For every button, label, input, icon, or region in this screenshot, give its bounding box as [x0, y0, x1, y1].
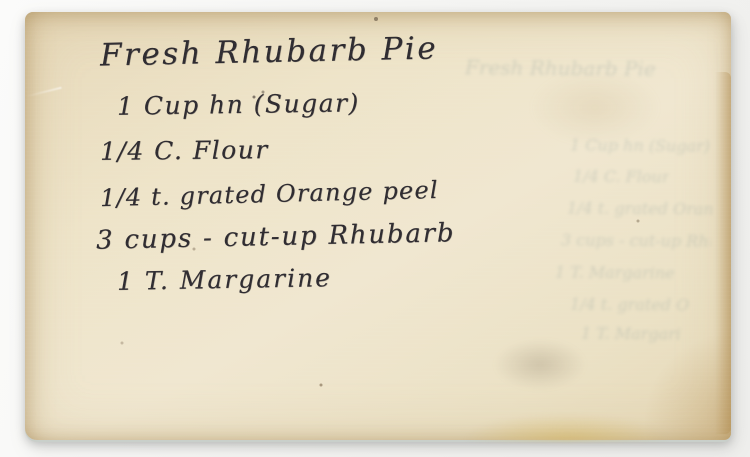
ghost-bleedthrough-line: 1 Cup hn (Sugar)	[570, 135, 710, 155]
ingredient-line-flour: 1/4 C. Flour	[100, 135, 269, 166]
ghost-bleedthrough-line: 3 cups - cut-up Rhubarb	[561, 230, 711, 250]
ingredient-line-orange-peel: 1/4 t. grated Orange peel	[100, 176, 439, 212]
ghost-bleedthrough-line: Fresh Rhubarb Pie	[465, 55, 656, 81]
ingredient-line-sugar: 1 Cup hn (Sugar)	[117, 88, 360, 120]
stain-faint-blotch	[530, 70, 660, 145]
recipe-title: Fresh Rhubarb Pie	[100, 30, 439, 73]
ingredient-line-margarine: 1 T. Margarine	[117, 263, 332, 296]
stain-right-edge	[715, 72, 731, 434]
stain-bottom-yellow	[463, 413, 671, 441]
ingredient-line-rhubarb: 3 cups - cut-up Rhubarb	[96, 218, 456, 256]
paper-crease	[26, 87, 61, 98]
ghost-bleedthrough-line: 1/4 t. grated Orange peel	[567, 198, 712, 218]
ghost-bleedthrough-line: 1 T. Margarine	[555, 262, 675, 282]
recipe-card: Fresh Rhubarb Pie 1 Cup hn (Sugar) 1/4 C…	[25, 12, 731, 440]
stain-gray-smudge	[490, 337, 590, 392]
ink-specks	[25, 12, 27, 14]
photo-background: Fresh Rhubarb Pie 1 Cup hn (Sugar) 1/4 C…	[0, 0, 750, 457]
ghost-bleedthrough-line: 1/4 t. grated Orange peel	[570, 294, 690, 314]
ghost-bleedthrough-line: 1 T. Margarine	[581, 324, 681, 344]
stain-bottom-right-corner	[636, 325, 731, 440]
ghost-bleedthrough-line: 1/4 C. Flour	[573, 167, 670, 187]
